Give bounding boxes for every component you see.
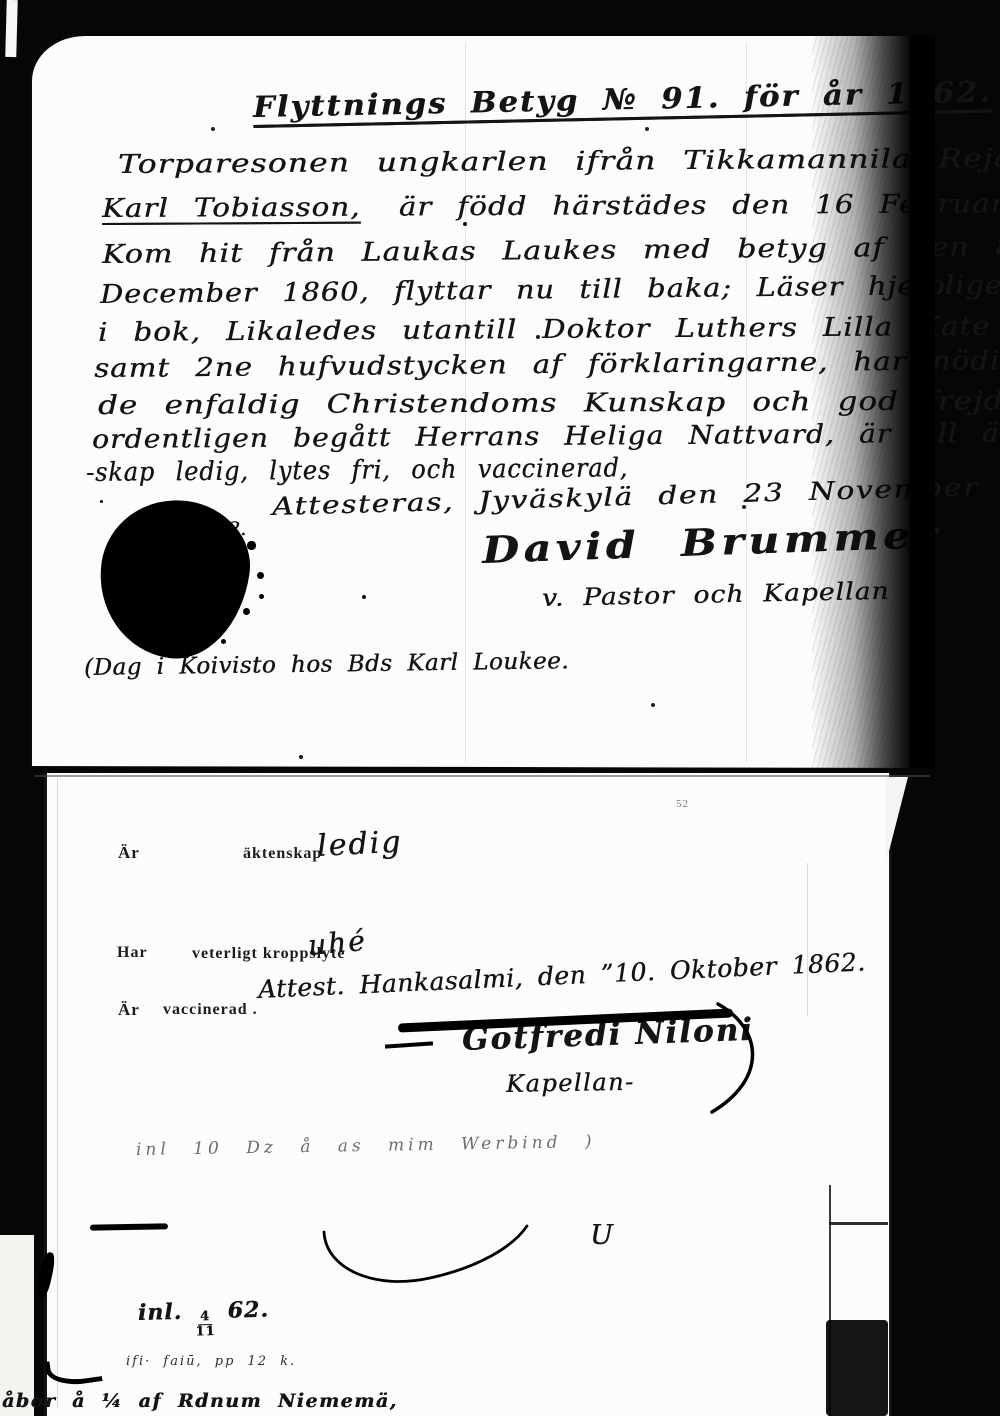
page-mark: 52 [676, 798, 689, 810]
person-name: Karl Tobiasson, [102, 193, 361, 224]
form-label: Är [118, 1000, 140, 1020]
fraction-numerator: 4 [198, 1310, 212, 1325]
body-line: -skap ledig, lytes fri, och vaccinerad, [86, 453, 628, 488]
scan-edge-streak [0, 1235, 34, 1416]
form-label: vaccinerad . [163, 1001, 258, 1019]
flourish-paren-stroke [700, 1000, 780, 1118]
form-answer: uhé [307, 924, 368, 962]
scan-noise-specks [32, 36, 34, 38]
check-mark-glyph: U [590, 1220, 613, 1251]
received-date-note: inl. 4 11 62. [137, 1297, 269, 1341]
scan-shadow-right-edge [812, 36, 935, 770]
date-fraction: 4 11 [195, 1310, 216, 1339]
form-label: äktenskap [243, 845, 322, 863]
form-label: Har [117, 944, 148, 962]
stacked-paper-edge [829, 1222, 888, 1225]
ink-splatter-dots [100, 500, 103, 503]
paper-fold-crease [807, 863, 808, 1016]
form-answer: ledig [316, 825, 403, 864]
signature-role-kapellan: Kapellan- [506, 1068, 635, 1098]
received-year: 62. [227, 1297, 269, 1324]
paper-seam-line [28, 766, 936, 772]
fee-note: ifi· faiū, pp 12 k. [126, 1354, 296, 1369]
scan-edge-streak [5, 0, 17, 57]
paper-corner-wedge [886, 777, 908, 863]
scanned-archive-page: { "upper_document": { "title": "Flyttnin… [0, 0, 1000, 1416]
paper-fold-crease [57, 779, 58, 1408]
bottom-margin-note: åbor å ¼ af Rdnum Niememä, [2, 1390, 398, 1412]
received-prefix: inl. [137, 1299, 182, 1326]
fraction-denominator: 11 [195, 1325, 215, 1339]
form-label: Är [118, 843, 140, 863]
paper-seam-shadow [34, 775, 930, 777]
scan-dark-corner [826, 1320, 888, 1416]
flourish-arc-stroke [318, 1218, 533, 1296]
